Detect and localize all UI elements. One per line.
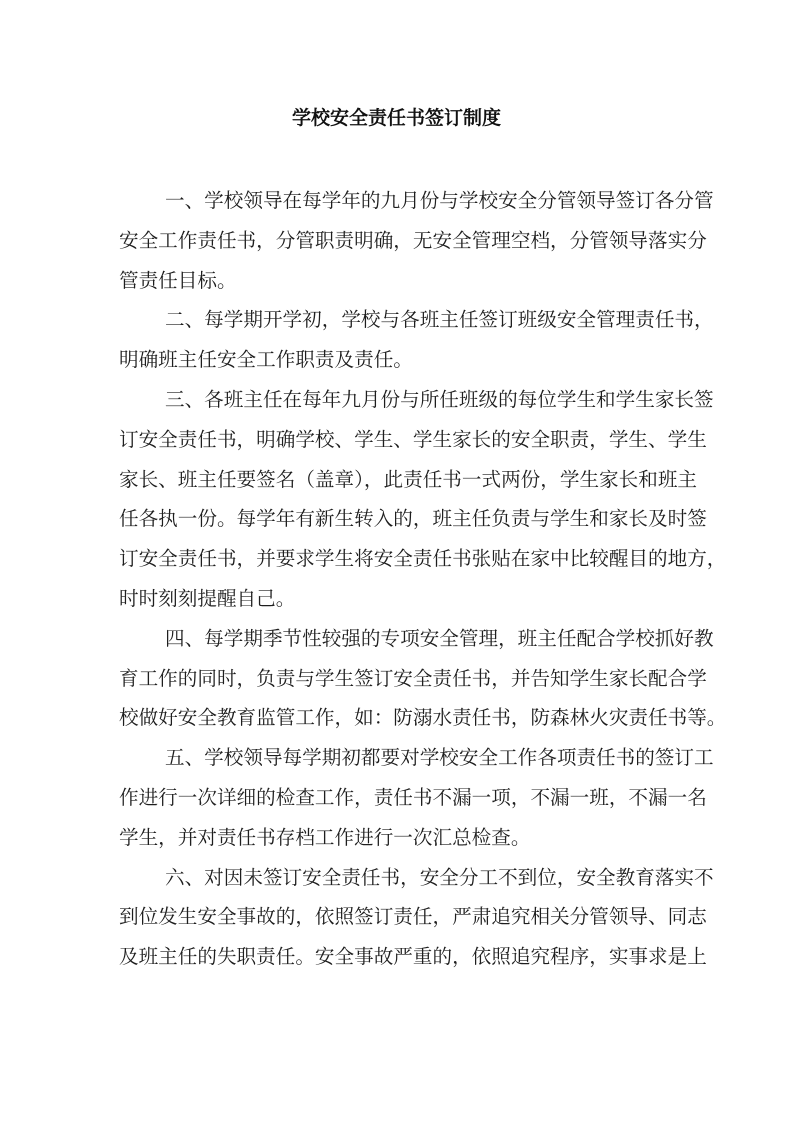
paragraph-line: 作进行一次详细的检查工作，责任书不漏一项，不漏一班，不漏一名 [119,783,675,823]
paragraph-line: 任各执一份。每学年有新生转入的，班主任负责与学生和家长及时签 [119,504,675,544]
document-title: 学校安全责任书签订制度 [0,103,793,133]
paragraph-3: 三、各班主任在每年九月份与所任班级的每位学生和学生家长签 订安全责任书，明确学校… [119,385,675,624]
paragraph-line: 明确班主任安全工作职责及责任。 [119,345,675,385]
document-body: 一、学校领导在每学年的九月份与学校安全分管领导签订各分管 安全工作责任书，分管职… [119,186,675,982]
paragraph-line: 四、每学期季节性较强的专项安全管理，班主任配合学校抓好教 [119,624,675,664]
paragraph-line: 管责任目标。 [119,266,675,306]
paragraph-line: 安全工作责任书，分管职责明确，无安全管理空档，分管领导落实分 [119,226,675,266]
paragraph-1: 一、学校领导在每学年的九月份与学校安全分管领导签订各分管 安全工作责任书，分管职… [119,186,675,305]
paragraph-line: 及班主任的失职责任。安全事故严重的，依照追究程序，实事求是上 [119,942,675,982]
paragraph-6: 六、对因未签订安全责任书，安全分工不到位，安全教育落实不 到位发生安全事故的，依… [119,863,675,982]
paragraph-line: 育工作的同时，负责与学生签订安全责任书，并告知学生家长配合学 [119,664,675,704]
paragraph-line: 六、对因未签订安全责任书，安全分工不到位，安全教育落实不 [119,863,675,903]
paragraph-4: 四、每学期季节性较强的专项安全管理，班主任配合学校抓好教 育工作的同时，负责与学… [119,624,675,743]
paragraph-line: 订安全责任书，并要求学生将安全责任书张贴在家中比较醒目的地方， [119,544,675,584]
paragraph-line: 三、各班主任在每年九月份与所任班级的每位学生和学生家长签 [119,385,675,425]
paragraph-line: 二、每学期开学初，学校与各班主任签订班级安全管理责任书， [119,305,675,345]
paragraph-2: 二、每学期开学初，学校与各班主任签订班级安全管理责任书， 明确班主任安全工作职责… [119,305,675,385]
paragraph-line: 一、学校领导在每学年的九月份与学校安全分管领导签订各分管 [119,186,675,226]
paragraph-line: 校做好安全教育监管工作，如：防溺水责任书，防森林火灾责任书等。 [119,703,675,743]
paragraph-line: 到位发生安全事故的，依照签订责任，严肃追究相关分管领导、同志 [119,902,675,942]
paragraph-5: 五、学校领导每学期初都要对学校安全工作各项责任书的签订工 作进行一次详细的检查工… [119,743,675,862]
paragraph-line: 时时刻刻提醒自己。 [119,584,675,624]
paragraph-line: 五、学校领导每学期初都要对学校安全工作各项责任书的签订工 [119,743,675,783]
document-page: 学校安全责任书签订制度 一、学校领导在每学年的九月份与学校安全分管领导签订各分管… [0,0,793,1122]
paragraph-line: 家长、班主任要签名（盖章），此责任书一式两份，学生家长和班主 [119,465,675,505]
paragraph-line: 订安全责任书，明确学校、学生、学生家长的安全职责，学生、学生 [119,425,675,465]
paragraph-line: 学生，并对责任书存档工作进行一次汇总检查。 [119,823,675,863]
